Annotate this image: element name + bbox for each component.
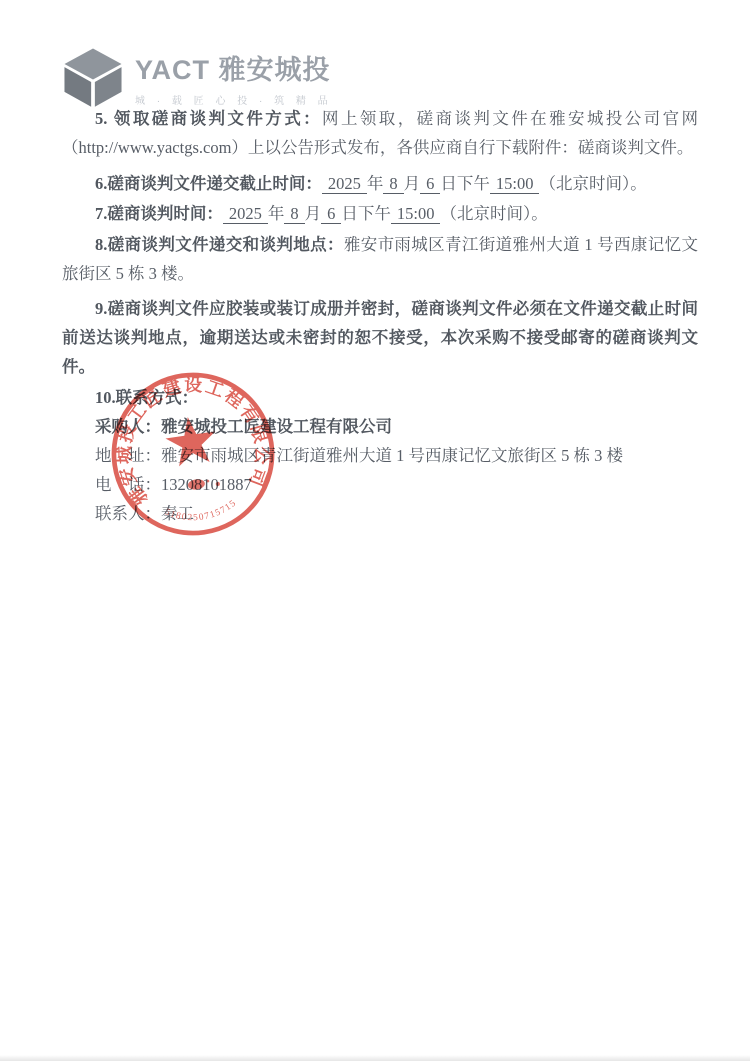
paragraph-8: 8.磋商谈判文件递交和谈判地点：雅安市雨城区青江街道雅州大道 1 号西康记忆文旅… bbox=[62, 230, 698, 288]
p8-heading: 8.磋商谈判文件递交和谈判地点： bbox=[95, 235, 344, 254]
address-value: 雅安市雨城区青江街道雅州大道 1 号西康记忆文旅街区 5 栋 3 楼 bbox=[161, 446, 623, 465]
p7-heading: 7.磋商谈判时间： bbox=[95, 204, 223, 223]
p5-heading: 5. 领取磋商谈判文件方式： bbox=[95, 109, 322, 128]
p7-year-unit: 年 bbox=[268, 204, 285, 223]
contact-person-label: 联系人： bbox=[95, 504, 161, 523]
phone-line: 电 话：13208101887 bbox=[62, 470, 698, 499]
p6-month-value: 8 bbox=[383, 174, 403, 194]
buyer-name: 雅安城投工匠建设工程有限公司 bbox=[161, 417, 392, 436]
p6-year-unit: 年 bbox=[367, 174, 384, 193]
contact-person-value: 秦工 bbox=[161, 504, 194, 523]
logo-wordmark: YACT 雅安城投 城 · 载 匠 心 投 · 筑 精 品 bbox=[135, 55, 332, 107]
p6-time-value: 15:00 bbox=[490, 174, 540, 194]
p7-day-unit: 日下午 bbox=[341, 204, 391, 223]
phone-value: 13208101887 bbox=[161, 475, 252, 494]
p6-day-value: 6 bbox=[420, 174, 440, 194]
paragraph-7: 7.磋商谈判时间：2025年8月6日下午15:00（北京时间）。 bbox=[62, 199, 698, 228]
p6-day-unit: 日下午 bbox=[440, 174, 490, 193]
p10-heading: 10.联系方式： bbox=[95, 388, 198, 407]
paragraph-6: 6.磋商谈判文件递交截止时间：2025年8月6日下午15:00（北京时间）。 bbox=[62, 169, 698, 198]
paragraph-9: 9.磋商谈判文件应胶装或装订成册并密封，磋商谈判文件必须在文件递交截止时间前送达… bbox=[62, 294, 698, 381]
p6-month-unit: 月 bbox=[404, 174, 421, 193]
p7-day-value: 6 bbox=[321, 204, 341, 224]
p6-year-value: 2025 bbox=[322, 174, 367, 194]
buyer-line: 采购人：雅安城投工匠建设工程有限公司 bbox=[62, 412, 698, 441]
buyer-label: 采购人： bbox=[95, 417, 161, 436]
p7-time-value: 15:00 bbox=[391, 204, 441, 224]
address-label: 地 址： bbox=[95, 446, 161, 465]
page-bottom-edge bbox=[0, 1055, 750, 1061]
company-logo: YACT 雅安城投 城 · 载 匠 心 投 · 筑 精 品 bbox=[62, 46, 332, 108]
phone-label: 电 话： bbox=[95, 475, 161, 494]
p7-year-value: 2025 bbox=[223, 204, 268, 224]
address-line: 地 址：雅安市雨城区青江街道雅州大道 1 号西康记忆文旅街区 5 栋 3 楼 bbox=[62, 441, 698, 470]
p9-text: 9.磋商谈判文件应胶装或装订成册并密封，磋商谈判文件必须在文件递交截止时间前送达… bbox=[62, 299, 698, 376]
paragraph-10: 10.联系方式： bbox=[62, 383, 698, 412]
p6-tail: （北京时间）。 bbox=[539, 174, 646, 193]
p7-month-value: 8 bbox=[284, 204, 304, 224]
p7-tail: （北京时间）。 bbox=[440, 204, 547, 223]
p6-heading: 6.磋商谈判文件递交截止时间： bbox=[95, 174, 322, 193]
paragraph-5: 5. 领取磋商谈判文件方式：网上领取，磋商谈判文件在雅安城投公司官网（http:… bbox=[62, 104, 698, 162]
document-body: 5. 领取磋商谈判文件方式：网上领取，磋商谈判文件在雅安城投公司官网（http:… bbox=[62, 104, 698, 528]
cube-logo-icon bbox=[62, 46, 124, 108]
p7-month-unit: 月 bbox=[305, 204, 322, 223]
logo-brand-text: YACT 雅安城投 bbox=[135, 55, 332, 85]
contact-person-line: 联系人：秦工 bbox=[62, 499, 698, 528]
